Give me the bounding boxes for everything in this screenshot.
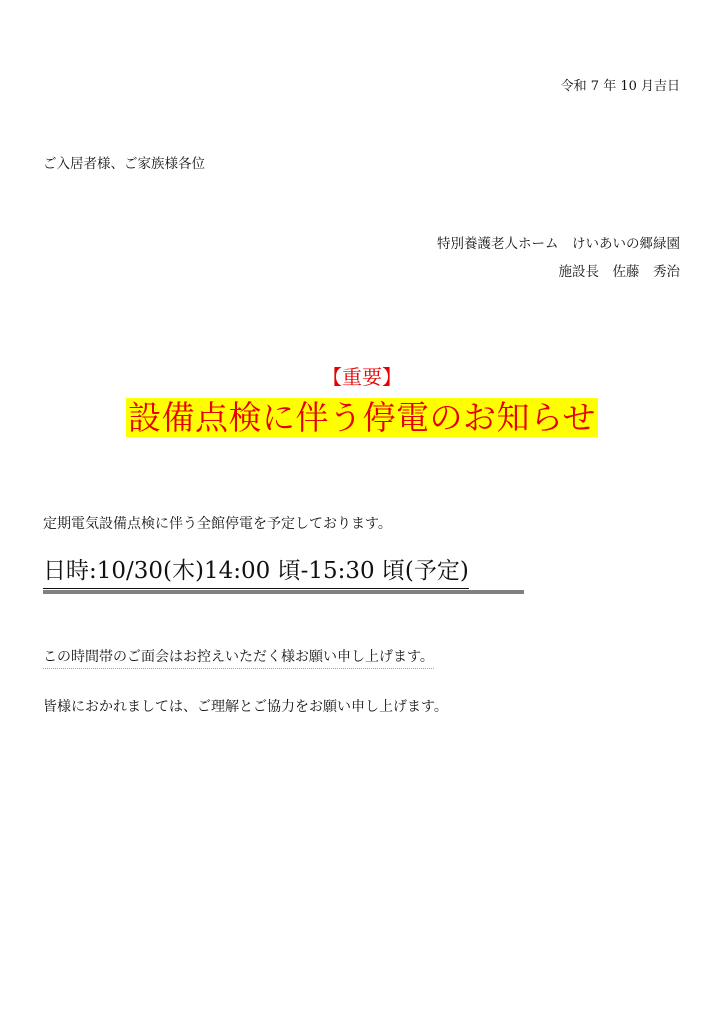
important-label: 【重要】 bbox=[0, 361, 724, 390]
intro-paragraph: 定期電気設備点検に伴う全館停電を予定しております。 bbox=[43, 513, 392, 533]
visit-notice: この時間帯のご面会はお控えいただく様お願い申し上げます。 bbox=[43, 646, 434, 669]
schedule-underline-shadow bbox=[43, 590, 524, 594]
sender-organization: 特別養護老人ホーム けいあいの郷緑園 bbox=[437, 230, 680, 258]
closing-paragraph: 皆様におかれましては、ご理解とご協力をお願い申し上げます。 bbox=[43, 696, 448, 716]
addressee: ご入居者様、ご家族様各位 bbox=[43, 152, 205, 172]
issue-date: 令和 7 年 10 月吉日 bbox=[561, 75, 680, 94]
sender-block: 特別養護老人ホーム けいあいの郷緑園 施設長 佐藤 秀治 bbox=[437, 230, 680, 286]
notice-title: 設備点検に伴う停電のお知らせ bbox=[126, 398, 598, 437]
title-container: 設備点検に伴う停電のお知らせ bbox=[0, 398, 724, 437]
sender-director: 施設長 佐藤 秀治 bbox=[437, 258, 680, 286]
schedule-line: 日時:10/30(木)14:00 頃-15:30 頃(予定) bbox=[43, 556, 469, 589]
